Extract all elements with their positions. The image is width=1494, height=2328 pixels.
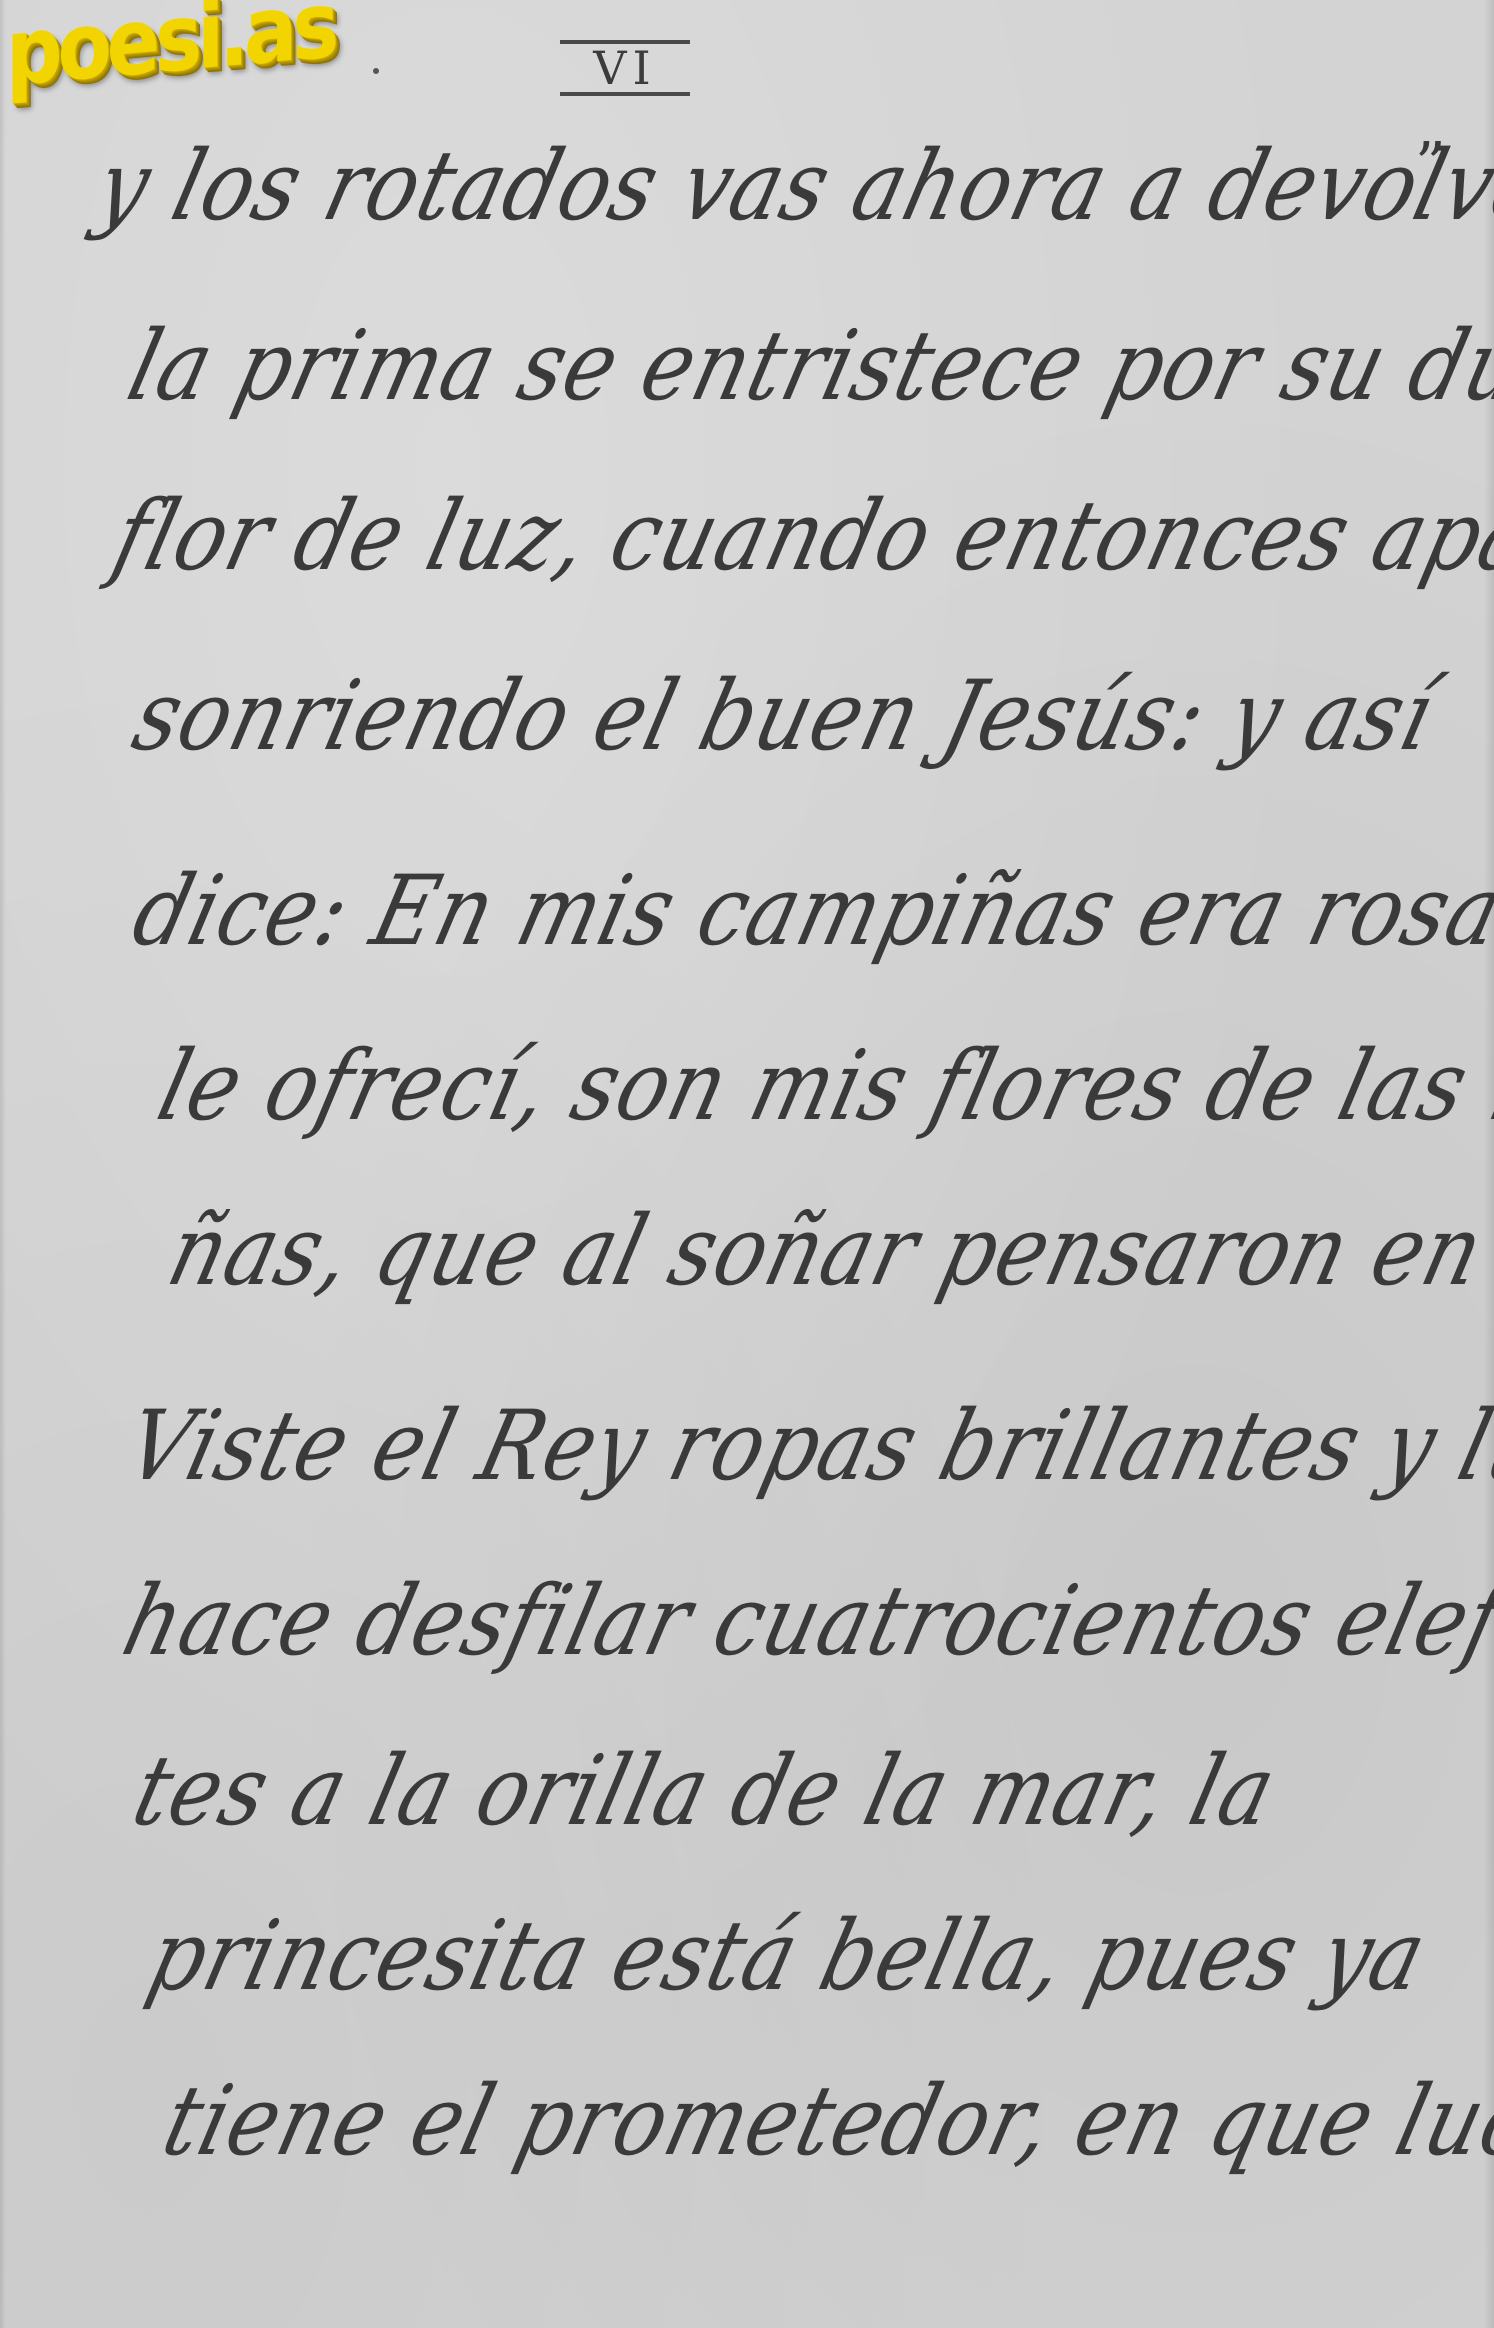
manuscript-line: Viste el Rey ropas brillantes y luego (118, 1397, 1494, 1494)
manuscript-line: tiene el prometedor, en que luce (155, 2072, 1494, 2169)
manuscript-line: flor de luz, cuando entonces aparece (105, 487, 1494, 584)
manuscript-line: ñas, que al soñar pensaron en mí. (160, 1202, 1494, 1299)
manuscript-line: le ofrecí, son mis flores de las ni (150, 1037, 1494, 1134)
handwritten-manuscript: y los rotados vas ahora a devolver ” la … (0, 0, 1494, 2328)
manuscript-line: princesita está bella, pues ya (140, 1907, 1435, 2004)
manuscript-line: hace desfilar cuatrocientos elefan (115, 1572, 1494, 1669)
closing-quote-mark: ” (1415, 130, 1446, 200)
manuscript-line: y los rotados vas ahora a devolver (88, 137, 1494, 234)
manuscript-line: la prima se entristece por su dulce (120, 317, 1494, 414)
manuscript-line: sonriendo el buen Jesús: y así (125, 667, 1443, 764)
manuscript-line: tes a la orilla de la mar, la (125, 1742, 1285, 1839)
manuscript-line: dice: En mis campiñas era rosa (125, 862, 1494, 959)
